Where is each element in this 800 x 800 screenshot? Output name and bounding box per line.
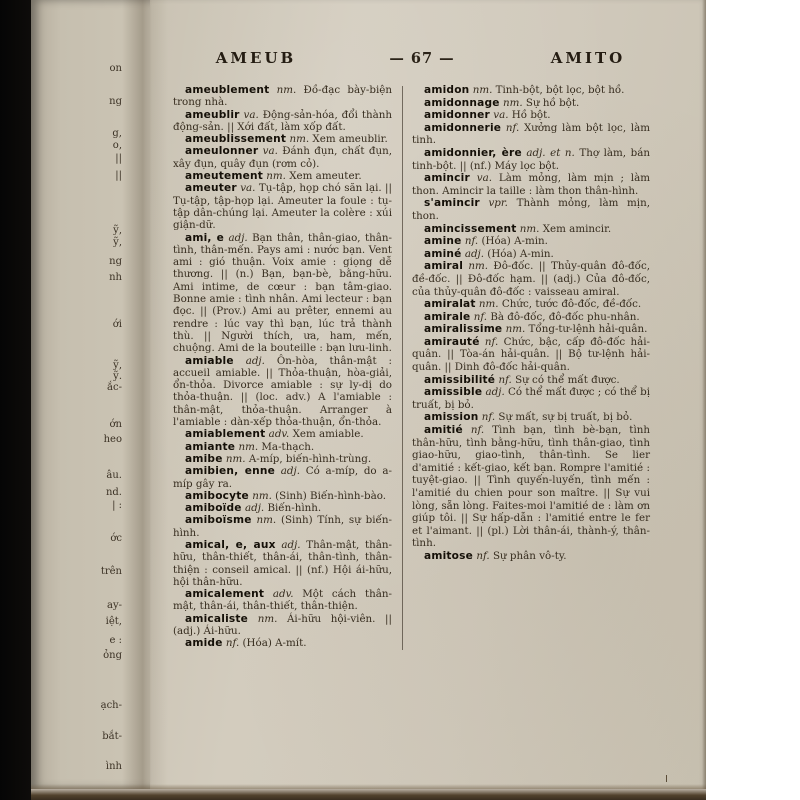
dictionary-entry: amirale nf. Bà đô-đốc, đô-đốc phu-nhân. <box>412 311 650 324</box>
dictionary-entry: ameublement nm. Đồ-đạc bày-biện trong nh… <box>173 84 392 109</box>
part-of-speech-label: adv. <box>265 428 292 440</box>
headword: ameuter <box>185 182 237 194</box>
definition-text: (Sinh) Biến-hình-bào. <box>275 490 386 502</box>
part-of-speech-label: nm. <box>469 84 495 96</box>
part-of-speech-label: va. <box>470 172 499 184</box>
headword: ameutement <box>185 170 263 182</box>
dictionary-entry: amissibilité nf. Sự có thể mất được. <box>412 374 650 387</box>
definition-text: Xem ameublir. <box>312 133 387 145</box>
headword: aminé <box>424 248 462 260</box>
facing-page-text-fragment: ới <box>113 319 122 330</box>
book-photo: { "photo": { "left_backdrop_color": "#0a… <box>0 0 800 800</box>
headword: amidonnage <box>424 97 500 109</box>
definition-text: Chức, tước đô-đốc, đề-đốc. <box>502 298 641 310</box>
facing-page-text-fragment: iệt, <box>106 616 122 627</box>
dictionary-entry: amidonnerie nf. Xưởng làm bột lọc, làm t… <box>412 122 650 147</box>
dictionary-entry: amiralissime nm. Tổng-tư-lệnh hải-quân. <box>412 323 650 336</box>
headword: amitose <box>424 550 473 562</box>
headword: amirauté <box>424 336 480 348</box>
part-of-speech-label: nm. <box>252 514 281 526</box>
headword: amirale <box>424 311 470 323</box>
dictionary-entry: amitié nf. Tình bạn, tình bè-bạn, tình t… <box>412 424 650 550</box>
headword: amide <box>185 637 223 649</box>
dictionary-entry: amitose nf. Sự phân vô-ty. <box>412 550 650 563</box>
definition-text: Xem amincir. <box>543 223 611 235</box>
facing-page-text-fragment: nd. <box>106 487 122 498</box>
facing-page-text-fragment: bắt- <box>102 731 122 742</box>
headword: amine <box>424 235 462 247</box>
headword: ameublissement <box>185 133 286 145</box>
part-of-speech-label: nf. <box>480 336 504 348</box>
facing-page-text-fragment: ỹ, <box>113 237 122 248</box>
dictionary-entry: ameuter va. Tụ-tập, họp chó săn lại. || … <box>173 182 392 231</box>
part-of-speech-label: nm. <box>476 298 502 310</box>
dictionary-entry: amicalement adv. Một cách thân-mật, thân… <box>173 588 392 613</box>
dictionary-entry: ameublissement nm. Xem ameublir. <box>173 133 392 145</box>
headword: s'amincir <box>424 197 480 209</box>
part-of-speech-label: nf. <box>495 374 515 386</box>
part-of-speech-label: adj. et n. <box>522 147 580 159</box>
facing-page-text-fragment: âu. <box>106 470 122 481</box>
dictionary-entry: ameublir va. Động-sản-hóa, đổi thành độn… <box>173 109 392 134</box>
headword: amiralat <box>424 298 476 310</box>
part-of-speech-label: adv. <box>264 588 302 600</box>
part-of-speech-label: nf. <box>470 311 490 323</box>
photo-backdrop-left <box>0 0 31 800</box>
dictionary-entry: ameutement nm. Xem ameuter. <box>173 170 392 182</box>
facing-page-text-fragment: ỹ, <box>113 360 122 371</box>
part-of-speech-label: nm. <box>263 170 289 182</box>
definition-text: Sự mất, sự bị truất, bị bỏ. <box>498 411 632 423</box>
headword: amibe <box>185 453 223 465</box>
facing-page-text-fragment: ạch- <box>101 700 122 711</box>
facing-page-text-fragment: ỏng <box>103 650 122 661</box>
facing-page-text-fragment: ng <box>109 96 122 107</box>
facing-page-text-fragment: ỹ, <box>113 225 122 236</box>
definition-text: (Hóa) A-min. <box>481 235 548 247</box>
ink-speck <box>666 775 667 782</box>
definition-text: (Hóa) A-min. <box>487 248 554 260</box>
guide-word-left: AMEUB <box>173 49 339 67</box>
dictionary-entry: amidonnage nm. Sự hồ bột. <box>412 97 650 110</box>
facing-page-edge: onngg,o,||||ỹ,ỹ,ngnhớiỹ,ỹ.ắc-ớnheoâu.nd.… <box>31 0 150 789</box>
definition-text: Bạn thân, thân-giao, thân-tình, thân-mến… <box>173 232 392 355</box>
definition-text: Tinh-bột, bột lọc, bột hồ. <box>496 84 625 96</box>
part-of-speech-label: nm. <box>286 133 312 145</box>
page-header: AMEUB — 67 — AMITO <box>173 49 671 67</box>
dictionary-entry: amiral nm. Đô-đốc. || Thủy-quân đô-đốc, … <box>412 260 650 298</box>
facing-page-text-fragment: g, <box>112 128 122 139</box>
dictionary-entry: amincir va. Làm mỏng, làm mịn ; làm thon… <box>412 172 650 197</box>
facing-page-text-fragment: nh <box>109 272 122 283</box>
headword: ameulonner <box>185 145 258 157</box>
definition-text: (Hóa) A-mít. <box>243 637 307 649</box>
definition-text: Biến-hình. <box>267 502 321 514</box>
facing-page-text-fragment: ng <box>109 256 122 267</box>
dictionary-entry: amiante nm. Ma-thạch. <box>173 441 392 453</box>
facing-page-text-fragment: ớc <box>110 533 122 544</box>
part-of-speech-label: adj. <box>275 465 306 477</box>
dictionary-entry: amirauté nf. Chức, bậc, cấp đô-đốc hải-q… <box>412 336 650 374</box>
headword: ameublement <box>185 84 269 96</box>
facing-page-text-fragment: e : <box>110 635 122 646</box>
part-of-speech-label: nm. <box>223 453 249 465</box>
column-left: ameublement nm. Đồ-đạc bày-biện trong nh… <box>173 84 402 650</box>
headword: amidon <box>424 84 469 96</box>
headword: ami, e <box>185 232 224 244</box>
headword: amincir <box>424 172 470 184</box>
definition-text: Hồ bột. <box>512 109 551 121</box>
headword: amincissement <box>424 223 517 235</box>
dictionary-entry: amiable adj. Ôn-hòa, thân-mật : accueil … <box>173 355 392 429</box>
part-of-speech-label: adj. <box>462 248 488 260</box>
headword: amical, e, aux <box>185 539 276 551</box>
headword: amiable <box>185 355 234 367</box>
part-of-speech-label: nf. <box>478 411 498 423</box>
dictionary-entry: amine nf. (Hóa) A-min. <box>412 235 650 248</box>
dictionary-entry: amiralat nm. Chức, tước đô-đốc, đề-đốc. <box>412 298 650 311</box>
dictionary-entry: amidonnier, ère adj. et n. Thợ làm, bán … <box>412 147 650 172</box>
headword: amissibilité <box>424 374 495 386</box>
text-columns: ameublement nm. Đồ-đạc bày-biện trong nh… <box>173 84 650 650</box>
headword: amibien, enne <box>185 465 275 477</box>
facing-page-text-fragment: ỹ. <box>113 371 122 382</box>
facing-page-text-fragment: trên <box>101 566 122 577</box>
facing-page-text-fragment: || <box>115 153 122 164</box>
part-of-speech-label: adj. <box>482 386 508 398</box>
headword: amicalement <box>185 588 264 600</box>
part-of-speech-label: nf. <box>501 122 524 134</box>
part-of-speech-label: nm. <box>235 441 261 453</box>
headword: amiral <box>424 260 463 272</box>
part-of-speech-label: nm. <box>249 490 275 502</box>
page-right-edge <box>702 0 706 789</box>
dictionary-entry: amibe nm. A-míp, biến-hình-trùng. <box>173 453 392 465</box>
headword: amiante <box>185 441 235 453</box>
dictionary-entry: amission nf. Sự mất, sự bị truất, bị bỏ. <box>412 411 650 424</box>
part-of-speech-label: nm. <box>500 97 526 109</box>
part-of-speech-label: nf. <box>462 235 482 247</box>
dictionary-entry: amiboïde adj. Biến-hình. <box>173 502 392 514</box>
headword: amicaliste <box>185 613 248 625</box>
definition-text: Xem amiable. <box>293 428 364 440</box>
part-of-speech-label: nm. <box>502 323 528 335</box>
definition-text: A-míp, biến-hình-trùng. <box>249 453 371 465</box>
part-of-speech-label: va. <box>237 182 259 194</box>
headword: amiboïsme <box>185 514 252 526</box>
part-of-speech-label: va. <box>240 109 263 121</box>
facing-page-text-fragment: ớn <box>110 419 122 430</box>
guide-word-right: AMITO <box>505 49 671 67</box>
part-of-speech-label: adj. <box>276 539 307 551</box>
facing-page-text-fragment: | : <box>112 500 122 511</box>
definition-text: Sự có thể mất được. <box>515 374 620 386</box>
dictionary-entry: amiboïsme nm. (Sinh) Tính, sự biến-hình. <box>173 514 392 539</box>
part-of-speech-label: vpr. <box>480 197 517 209</box>
facing-page-text-fragment: ay- <box>107 600 122 611</box>
facing-page-text-fragment: heo <box>104 434 122 445</box>
part-of-speech-label: va. <box>490 109 512 121</box>
part-of-speech-label: adj. <box>234 355 277 367</box>
dictionary-entry: amicaliste nm. Ái-hữu hội-viên. || (adj.… <box>173 613 392 638</box>
page-bottom-edge <box>31 784 706 800</box>
dictionary-entry: s'amincir vpr. Thành mỏng, làm mịn, thon… <box>412 197 650 222</box>
facing-page-text-fragment: ình <box>106 761 122 772</box>
headword: amidonnerie <box>424 122 501 134</box>
headword: amission <box>424 411 478 423</box>
facing-page-text-fragment: ắc- <box>107 382 122 393</box>
dictionary-entry: amidon nm. Tinh-bột, bột lọc, bột hồ. <box>412 84 650 97</box>
headword: amidonnier, ère <box>424 147 522 159</box>
dictionary-entry: aminé adj. (Hóa) A-min. <box>412 248 650 261</box>
definition-text: Xem ameuter. <box>289 170 361 182</box>
dictionary-entry: amical, e, aux adj. Thân-mật, thân-hữu, … <box>173 539 392 588</box>
definition-text: Ma-thạch. <box>261 441 314 453</box>
definition-text: Sự phân vô-ty. <box>493 550 567 562</box>
headword: amitié <box>424 424 463 436</box>
headword: amiboïde <box>185 502 242 514</box>
column-right: amidon nm. Tinh-bột, bột lọc, bột hồ.ami… <box>403 84 650 650</box>
part-of-speech-label: nf. <box>463 424 492 436</box>
definition-text: Sự hồ bột. <box>526 97 579 109</box>
dictionary-entry: ameulonner va. Đánh đụn, chất đụn, xây đ… <box>173 145 392 170</box>
part-of-speech-label: nm. <box>517 223 543 235</box>
part-of-speech-label: adj. <box>242 502 268 514</box>
facing-page-text-fragment: on <box>110 63 122 74</box>
dictionary-entry: amissible adj. Có thể mất được ; có thể … <box>412 386 650 411</box>
headword: amissible <box>424 386 482 398</box>
definition-text: Tổng-tư-lệnh hải-quân. <box>529 323 648 335</box>
part-of-speech-label: nm. <box>463 260 493 272</box>
part-of-speech-label: adj. <box>224 232 252 244</box>
definition-text: Tình bạn, tình bè-bạn, tình thân-hữu, tì… <box>412 424 650 549</box>
definition-text: Bà đô-đốc, đô-đốc phu-nhân. <box>490 311 639 323</box>
dictionary-entry: amiablement adv. Xem amiable. <box>173 428 392 440</box>
dictionary-page: AMEUB — 67 — AMITO ameublement nm. Đồ-đạ… <box>150 0 706 789</box>
part-of-speech-label: nm. <box>269 84 303 96</box>
facing-page-text-fragment: || <box>115 170 122 181</box>
headword: amibocyte <box>185 490 249 502</box>
part-of-speech-label: nf. <box>473 550 493 562</box>
dictionary-entry: amide nf. (Hóa) A-mít. <box>173 637 392 649</box>
headword: amiralissime <box>424 323 502 335</box>
headword: amidonner <box>424 109 490 121</box>
dictionary-entry: ami, e adj. Bạn thân, thân-giao, thân-tì… <box>173 232 392 355</box>
part-of-speech-label: nf. <box>223 637 243 649</box>
part-of-speech-label: nm. <box>248 613 287 625</box>
headword: ameublir <box>185 109 240 121</box>
dictionary-entry: amibien, enne adj. Có a-míp, do a-míp gâ… <box>173 465 392 490</box>
part-of-speech-label: va. <box>258 145 282 157</box>
headword: amiablement <box>185 428 265 440</box>
page-number: — 67 — <box>339 50 505 67</box>
facing-page-text-fragment: o, <box>113 140 122 151</box>
dictionary-entry: amibocyte nm. (Sinh) Biến-hình-bào. <box>173 490 392 502</box>
dictionary-entry: amidonner va. Hồ bột. <box>412 109 650 122</box>
dictionary-entry: amincissement nm. Xem amincir. <box>412 223 650 236</box>
